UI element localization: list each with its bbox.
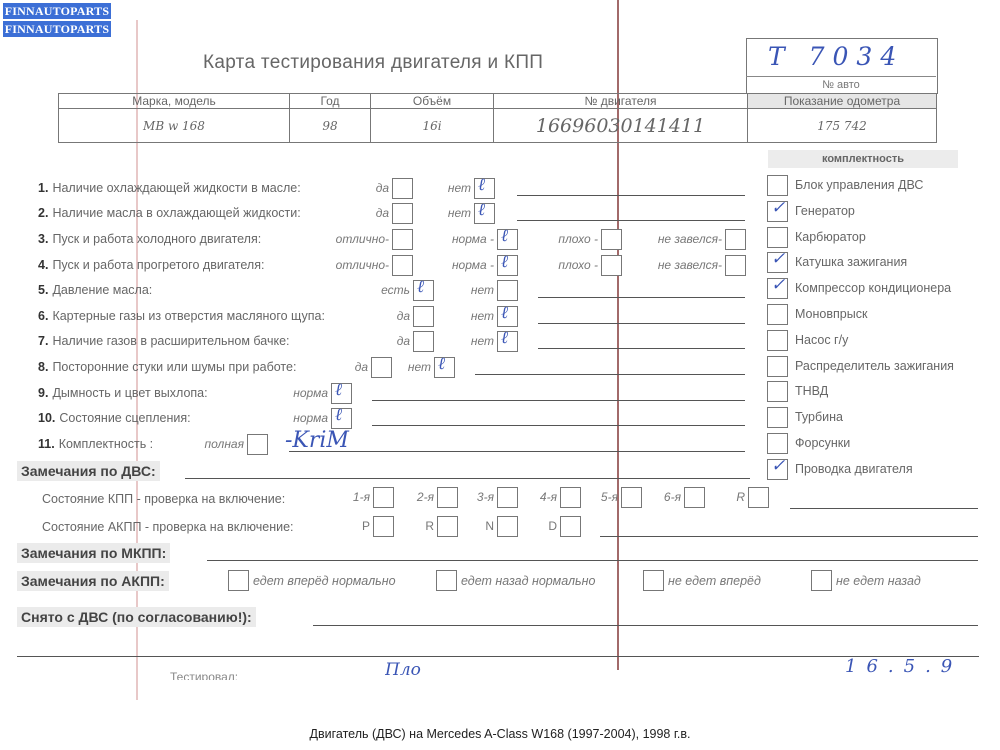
check-mark-icon: ✓ xyxy=(771,456,785,476)
notes-line[interactable] xyxy=(517,220,745,221)
question-number: 4. xyxy=(38,258,48,272)
watermark-badge-1: FINNAUTOPARTS xyxy=(3,3,111,19)
value-odometer[interactable]: 175 742 xyxy=(748,109,937,143)
question-number: 9. xyxy=(38,386,48,400)
value-volume[interactable]: 16i xyxy=(371,109,494,143)
option-label: плохо - xyxy=(508,258,598,272)
option-label: норма - xyxy=(404,232,494,246)
notes-line[interactable] xyxy=(289,451,745,452)
question-label: 2.Наличие масла в охлаждающей жидкости: xyxy=(38,206,301,220)
gear-option-label: 4-я xyxy=(517,490,557,504)
gear-position-checkbox[interactable] xyxy=(437,516,458,537)
completeness-checkbox[interactable] xyxy=(767,227,788,248)
check-mark-icon: ℓ xyxy=(501,303,508,323)
completeness-item-label: Компрессор кондиционера xyxy=(795,281,951,295)
gear-option-checkbox[interactable] xyxy=(684,487,705,508)
option-label: не завелся- xyxy=(632,232,722,246)
option-label: да xyxy=(320,309,410,323)
question-number: 10. xyxy=(38,411,55,425)
question-label: 6.Картерные газы из отверстия масляного … xyxy=(38,309,325,323)
completeness-item-label: Катушка зажигания xyxy=(795,255,907,269)
gear-position-label: R xyxy=(404,519,434,533)
question-number: 3. xyxy=(38,232,48,246)
removed-from-engine-label: Снято с ДВС (по согласованию!): xyxy=(17,607,256,627)
question-text: Состояние сцепления: xyxy=(59,411,190,425)
gear-position-checkbox[interactable] xyxy=(497,516,518,537)
gear-option-label: R xyxy=(705,490,745,504)
notes-line[interactable] xyxy=(538,323,745,324)
notes-line[interactable] xyxy=(372,400,745,401)
completeness-checkbox[interactable] xyxy=(767,407,788,428)
completeness-item-label: Насос г/у xyxy=(795,333,848,347)
option-checkbox[interactable]: ℓ xyxy=(331,408,352,429)
auto-gearbox-remarks-label: Замечания по АКПП: xyxy=(17,571,169,591)
option-checkbox[interactable] xyxy=(247,434,268,455)
option-label: полная xyxy=(154,437,244,451)
notes-line[interactable] xyxy=(517,195,745,196)
gear-option-checkbox[interactable] xyxy=(748,487,769,508)
col-odometer: Показание одометра xyxy=(748,94,937,109)
check-mark-icon: ℓ xyxy=(478,200,485,220)
manual-gearbox-check-label: Состояние КПП - проверка на включение: xyxy=(42,492,285,506)
engine-remarks-line[interactable] xyxy=(185,478,750,479)
auto-remark-label: не едет вперёд xyxy=(668,574,761,588)
question-label: 9.Дымность и цвет выхлопа: xyxy=(38,386,208,400)
question-number: 6. xyxy=(38,309,48,323)
question-label: 4.Пуск и работа прогретого двигателя: xyxy=(38,258,264,272)
question-number: 11. xyxy=(38,437,55,451)
gear-option-label: 3-я xyxy=(454,490,494,504)
notes-line[interactable] xyxy=(475,374,745,375)
question-label: 7.Наличие газов в расширительном бачке: xyxy=(38,334,290,348)
question-label: 5.Давление масла: xyxy=(38,283,152,297)
question-text: Картерные газы из отверстия масляного щу… xyxy=(52,309,324,323)
value-engine-number[interactable]: 16696030141411 xyxy=(494,109,748,143)
option-label: норма - xyxy=(404,258,494,272)
completeness-item-label: Распределитель зажигания xyxy=(795,359,954,373)
question-text: Наличие газов в расширительном бачке: xyxy=(52,334,289,348)
completeness-item-label: Проводка двигателя xyxy=(795,462,913,476)
question-text: Посторонние стуки или шумы при работе: xyxy=(52,360,296,374)
option-label: есть xyxy=(320,283,410,297)
option-label: отлично- xyxy=(299,232,389,246)
question-text: Наличие масла в охлаждающей жидкости: xyxy=(52,206,300,220)
auto-gearbox-check-label: Состояние АКПП - проверка на включение: xyxy=(42,520,294,534)
question-number: 2. xyxy=(38,206,48,220)
completeness-item-label: Моновпрыск xyxy=(795,307,867,321)
gear-option-label: 2-я xyxy=(394,490,434,504)
question-number: 8. xyxy=(38,360,48,374)
gear-option-checkbox[interactable] xyxy=(621,487,642,508)
manual-gearbox-remarks-label: Замечания по МКПП: xyxy=(17,543,170,563)
completeness-checkbox[interactable]: ✓ xyxy=(767,459,788,480)
option-label: да xyxy=(320,334,410,348)
gear-option-label: 1-я xyxy=(330,490,370,504)
col-make-model: Марка, модель xyxy=(59,94,290,109)
option-checkbox[interactable]: ℓ xyxy=(474,203,495,224)
gear-position-label: D xyxy=(527,519,557,533)
completeness-checkbox[interactable] xyxy=(767,304,788,325)
question-text: Дымность и цвет выхлопа: xyxy=(52,386,207,400)
gear-option-checkbox[interactable] xyxy=(497,487,518,508)
question-text: Комплектность : xyxy=(59,437,153,451)
question-label: 8.Посторонние стуки или шумы при работе: xyxy=(38,360,296,374)
option-checkbox[interactable] xyxy=(725,229,746,250)
question-text: Пуск и работа холодного двигателя: xyxy=(52,232,261,246)
completeness-checkbox[interactable]: ✓ xyxy=(767,252,788,273)
completeness-item-label: Генератор xyxy=(795,204,855,218)
auto-remark-checkbox[interactable] xyxy=(811,570,832,591)
completeness-item-label: Турбина xyxy=(795,410,843,424)
watermark-badge-2: FINNAUTOPARTS xyxy=(3,21,111,37)
option-label: отлично- xyxy=(299,258,389,272)
gear-position-checkbox[interactable] xyxy=(560,516,581,537)
option-label: норма xyxy=(238,411,328,425)
notes-line[interactable] xyxy=(538,297,745,298)
tester-separator-line xyxy=(17,656,979,657)
completeness-note: -KriM xyxy=(285,428,349,453)
option-label: да xyxy=(299,181,389,195)
completeness-checkbox[interactable]: ✓ xyxy=(767,201,788,222)
check-mark-icon: ✓ xyxy=(771,275,785,295)
option-checkbox[interactable]: ℓ xyxy=(331,383,352,404)
auto-remark-checkbox[interactable] xyxy=(436,570,457,591)
question-label: 11.Комплектность : xyxy=(38,437,153,451)
check-mark-icon: ℓ xyxy=(335,380,342,400)
completeness-checkbox[interactable]: ✓ xyxy=(767,278,788,299)
option-label: нет xyxy=(404,309,494,323)
check-mark-icon: ✓ xyxy=(771,198,785,218)
question-text: Давление масла: xyxy=(52,283,152,297)
tested-by-label: Тестировал: xyxy=(170,670,238,680)
option-label: нет xyxy=(341,360,431,374)
auto-number-label: № авто xyxy=(746,76,936,91)
question-text: Пуск и работа прогретого двигателя: xyxy=(52,258,264,272)
value-year[interactable]: 98 xyxy=(290,109,371,143)
test-date: 16.5.9 xyxy=(845,656,962,680)
tester-signature: Пло xyxy=(385,660,421,682)
check-mark-icon: ℓ xyxy=(335,405,342,425)
gear-option-label: 6-я xyxy=(641,490,681,504)
completeness-checkbox[interactable] xyxy=(767,330,788,351)
check-mark-icon: ℓ xyxy=(501,328,508,348)
completeness-checkbox[interactable] xyxy=(767,356,788,377)
manual-gear-notes-line[interactable] xyxy=(790,508,978,509)
option-checkbox[interactable]: ℓ xyxy=(497,306,518,327)
auto-gear-notes-line[interactable] xyxy=(600,536,978,537)
auto-number-value: T 7034 xyxy=(768,42,904,71)
option-label: плохо - xyxy=(508,232,598,246)
question-text: Наличие охлаждающей жидкости в масле: xyxy=(52,181,300,195)
value-make-model[interactable]: MB w 168 xyxy=(59,109,290,143)
auto-remark-label: едет вперёд нормально xyxy=(253,574,396,588)
completeness-item-label: Форсунки xyxy=(795,436,850,450)
completeness-checkbox[interactable] xyxy=(767,433,788,454)
auto-remark-label: не едет назад xyxy=(836,574,921,588)
notes-line[interactable] xyxy=(538,348,745,349)
option-label: нет xyxy=(404,334,494,348)
engine-remarks-label: Замечания по ДВС: xyxy=(17,461,160,481)
gear-position-label: N xyxy=(464,519,494,533)
notes-line[interactable] xyxy=(372,425,745,426)
option-label: нет xyxy=(381,206,471,220)
option-checkbox[interactable]: ℓ xyxy=(434,357,455,378)
question-label: 1.Наличие охлаждающей жидкости в масле: xyxy=(38,181,301,195)
gear-position-checkbox[interactable] xyxy=(373,516,394,537)
question-number: 7. xyxy=(38,334,48,348)
option-label: норма xyxy=(238,386,328,400)
check-mark-icon: ℓ xyxy=(438,354,445,374)
option-checkbox[interactable] xyxy=(497,280,518,301)
option-checkbox[interactable] xyxy=(725,255,746,276)
option-checkbox[interactable]: ℓ xyxy=(497,331,518,352)
option-label: нет xyxy=(404,283,494,297)
completeness-heading: комплектность xyxy=(768,150,958,168)
gear-option-checkbox[interactable] xyxy=(373,487,394,508)
completeness-checkbox[interactable] xyxy=(767,175,788,196)
question-label: 3.Пуск и работа холодного двигателя: xyxy=(38,232,261,246)
option-checkbox[interactable]: ℓ xyxy=(474,178,495,199)
option-checkbox[interactable] xyxy=(601,229,622,250)
completeness-item-label: Блок управления ДВС xyxy=(795,178,923,192)
check-mark-icon: ℓ xyxy=(478,175,485,195)
question-number: 1. xyxy=(38,181,48,195)
manual-gearbox-remarks-line[interactable] xyxy=(207,560,978,561)
question-label: 10.Состояние сцепления: xyxy=(38,411,191,425)
gear-option-label: 5-я xyxy=(578,490,618,504)
check-mark-icon: ✓ xyxy=(771,249,785,269)
completeness-item-label: Карбюратор xyxy=(795,230,866,244)
auto-remark-checkbox[interactable] xyxy=(643,570,664,591)
col-engine-number: № двигателя xyxy=(494,94,748,109)
option-checkbox[interactable] xyxy=(601,255,622,276)
auto-remark-label: едет назад нормально xyxy=(461,574,595,588)
removed-from-engine-line[interactable] xyxy=(313,625,978,626)
col-year: Год xyxy=(290,94,371,109)
option-label: да xyxy=(299,206,389,220)
question-number: 5. xyxy=(38,283,48,297)
auto-remark-checkbox[interactable] xyxy=(228,570,249,591)
photo-caption: Двигатель (ДВС) на Mercedes A-Class W168… xyxy=(0,727,1000,741)
form-title: Карта тестирования двигателя и КПП xyxy=(203,52,543,74)
option-label: нет xyxy=(381,181,471,195)
gear-position-label: P xyxy=(340,519,370,533)
col-volume: Объём xyxy=(371,94,494,109)
completeness-item-label: ТНВД xyxy=(795,384,828,398)
completeness-checkbox[interactable] xyxy=(767,381,788,402)
vehicle-info-table: Марка, модель Год Объём № двигателя Пока… xyxy=(58,93,937,143)
option-label: не завелся- xyxy=(632,258,722,272)
